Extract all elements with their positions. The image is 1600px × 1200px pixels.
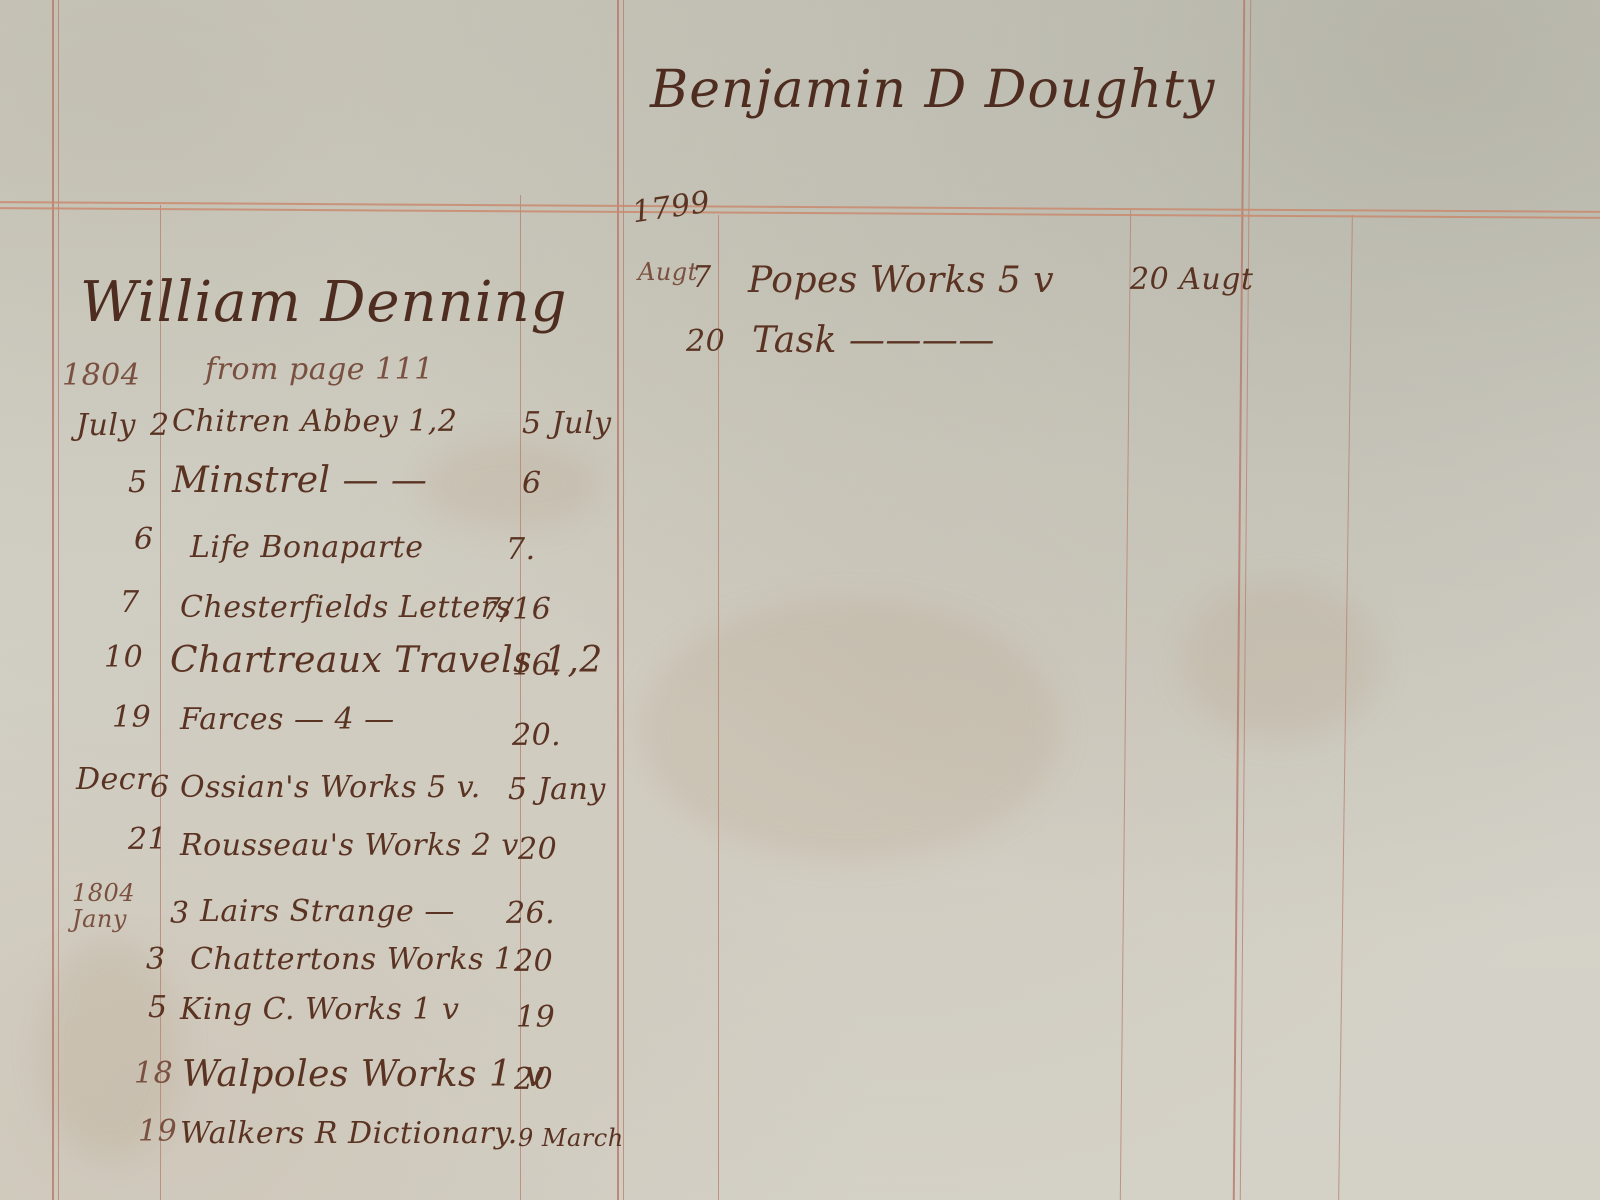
rule-vertical [160,205,161,1200]
entry-returned: 16. [512,648,561,683]
water-stain [420,440,600,530]
entry-returned: 20 Augt [1130,262,1253,297]
carried-year: 1804 [62,358,140,393]
entry-day: 3 [146,942,166,977]
entry-returned: 6 [522,466,542,501]
entry-title: Ossian's Works 5 v. [180,770,481,805]
entry-day: 18 [134,1056,173,1091]
account-name-doughty: Benjamin D Doughty [650,60,1215,120]
rule-vertical [520,195,521,1200]
entry-returned: 5 Jany [508,772,606,807]
entry-title: Walpoles Works 1 v [182,1054,545,1095]
account-name-denning: William Denning [80,270,568,335]
entry-returned: 5 July [522,406,612,441]
carried-note: from page 111 [205,352,434,387]
entry-month: Augt [638,258,698,286]
entry-title: Rousseau's Works 2 v [180,828,519,863]
water-stain [640,600,1060,860]
entry-day: 19 [112,700,151,735]
entry-title: Lairs Strange — [200,894,455,929]
entry-day: 7 [692,260,712,295]
account-year: 1799 [630,185,712,231]
entry-title: Walkers R Dictionary. [180,1116,518,1151]
entry-title: King C. Works 1 v [180,992,459,1027]
entry-day: 6 [134,522,154,557]
entry-day: 20 [686,324,725,359]
entry-returned: 20 [514,1062,553,1097]
rule-vertical [1120,210,1131,1200]
entry-title: Farces — 4 — [180,702,395,737]
entry-day: 5 [148,990,168,1025]
rule-vertical [617,0,619,1200]
entry-day: 3 [170,896,190,931]
entry-returned: 19 [516,1000,555,1035]
entry-returned: 9 March [518,1124,624,1152]
rule-vertical [58,0,59,1200]
entry-month: July [76,408,136,443]
entry-month: Decr [76,762,151,797]
entry-returned: 7. [506,532,536,567]
entry-day: 2 [150,408,170,443]
water-stain [1180,580,1380,740]
entry-title: Life Bonaparte [190,530,423,565]
entry-day: 7 [120,585,140,620]
entry-title: Chattertons Works 1. [190,942,524,977]
entry-title: Task ———— [752,320,995,361]
entry-returned: 26. [506,896,555,931]
entry-day: 21 [128,822,167,857]
rule-vertical [718,215,719,1200]
entry-returned: 20 [514,944,553,979]
entry-returned: 20 [518,832,557,867]
entry-returned: 20. [512,718,561,753]
entry-day: 5 [128,465,148,500]
entry-returned: 7/16 [482,592,551,627]
entry-day: 10 [104,640,143,675]
rule-vertical [623,0,624,1200]
entry-day: 19 [138,1114,177,1149]
entry-title: Popes Works 5 v [748,260,1054,301]
entry-title: Chitren Abbey 1,2 [172,404,457,439]
rule-horizontal [0,201,1600,212]
ledger-page: Benjamin D Doughty 1799 Augt 7 Popes Wor… [0,0,1600,1200]
entry-title: Minstrel — — [172,460,427,501]
entry-title: Chesterfields Letters [180,590,512,625]
rule-vertical [52,0,54,1200]
entry-month: 1804 Jany [72,880,162,932]
entry-day: 6 [150,770,170,805]
